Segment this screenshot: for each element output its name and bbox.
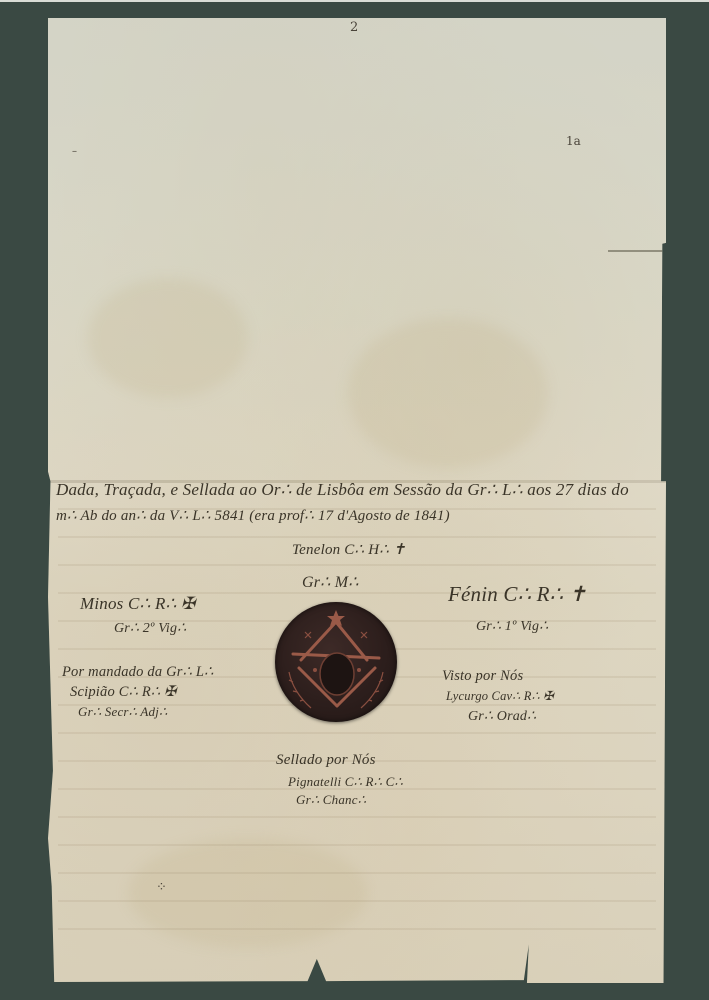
- chancellor-heading: Sellado por Nós: [276, 752, 376, 769]
- page-mark-right: 1a: [566, 134, 581, 148]
- body-text-line-2: m∴ Ab do an∴ da V∴ L∴ 5841 (era prof∴ 17…: [56, 506, 450, 525]
- page-mark-top: 2: [350, 20, 358, 35]
- chancellor-name: Pignatelli C∴ R∴ C∴: [288, 774, 403, 790]
- second-warden-name: Minos C∴ R∴ ✠: [80, 594, 195, 614]
- secretary-title: Gr∴ Secr∴ Adj∴: [78, 704, 167, 720]
- chancellor-title: Gr∴ Chanc∴: [296, 792, 366, 808]
- margin-mark: –: [72, 146, 77, 157]
- grand-master-name: Tenelon C∴ H∴ ✝: [292, 540, 406, 559]
- paper-crease: [608, 250, 666, 252]
- first-warden-name: Fénin C∴ R∴ ✝: [448, 582, 587, 607]
- square-and-compass-icon: [275, 602, 397, 722]
- body-text-line-1: Dada, Traçada, e Sellada ao Or∴ de Lisbô…: [56, 480, 629, 500]
- stain: [348, 318, 548, 468]
- orator-title: Gr∴ Orad∴: [468, 708, 536, 725]
- ink-blot: ⁘: [156, 880, 167, 895]
- first-warden-title: Gr∴ 1º Vig∴: [476, 618, 548, 635]
- scanned-document: 2 1a – Dada, Traçada, e Sellada ao Or∴ d…: [0, 0, 709, 1000]
- orator-heading: Visto por Nós: [442, 668, 523, 685]
- parchment-sheet: 2 1a – Dada, Traçada, e Sellada ao Or∴ d…: [48, 18, 666, 983]
- stain: [88, 278, 248, 398]
- secretary-name: Scipião C∴ R∴ ✠: [70, 684, 177, 701]
- wax-seal: [275, 602, 397, 722]
- secretary-heading: Por mandado da Gr∴ L∴: [62, 664, 214, 681]
- orator-name: Lycurgo Cav∴ R∴ ✠: [446, 688, 554, 704]
- second-warden-title: Gr∴ 2º Vig∴: [114, 620, 186, 637]
- grand-master-title: Gr∴ M∴: [302, 572, 359, 592]
